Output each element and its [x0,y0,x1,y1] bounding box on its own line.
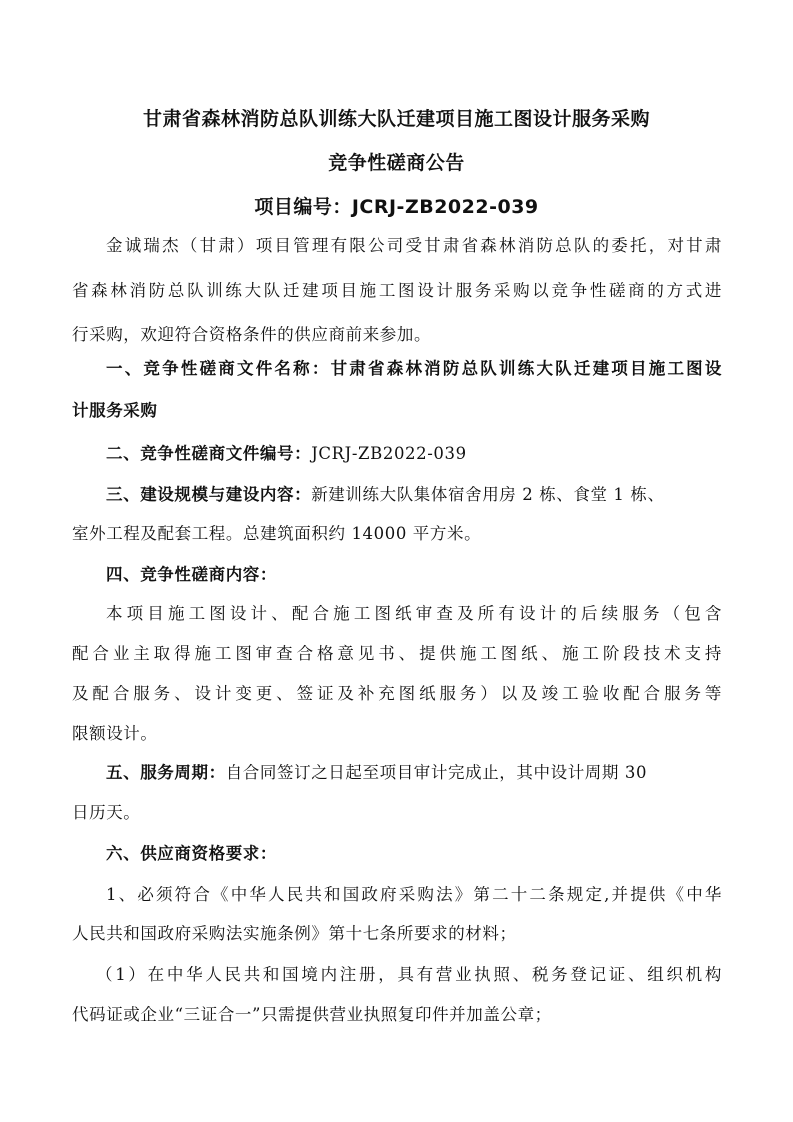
section-2-label: 二、竞争性磋商文件编号： [106,444,311,463]
intro-line: 金诚瑞杰（甘肃）项目管理有限公司受甘肃省森林消防总队的委托，对甘肃 [106,235,722,257]
section-6-item-line: 人民共和国政府采购法实施条例》第十七条所要求的材料； [72,923,722,945]
section-3-label: 三、建设规模与建设内容： [106,485,311,504]
section-1-heading: 一、竞争性磋商文件名称：甘肃省森林消防总队训练大队迁建项目施工图设 [106,358,722,380]
section-6-subitem-line: 代码证或企业“三证合一”只需提供营业执照复印件并加盖公章； [72,1004,722,1026]
section-6-item-line: 1、必须符合《中华人民共和国政府采购法》第二十二条规定,并提供《中华 [106,884,722,906]
intro-line: 省森林消防总队训练大队迁建项目施工图设计服务采购以竞争性磋商的方式进 [72,280,722,302]
section-4-heading: 四、竞争性磋商内容： [106,564,722,586]
section-5-label: 五、服务周期： [106,763,226,782]
section-3-value: 新建训练大队集体宿舍用房 2 栋、食堂 1 栋、 [311,485,664,504]
section-4-body-line: 本项目施工图设计、配合施工图纸审查及所有设计的后续服务（包含 [106,603,722,625]
intro-line: 行采购，欢迎符合资格条件的供应商前来参加。 [72,324,722,346]
section-3: 三、建设规模与建设内容：新建训练大队集体宿舍用房 2 栋、食堂 1 栋、 [106,484,722,506]
section-6-subitem-line: （1）在中华人民共和国境内注册，具有营业执照、税务登记证、组织机构 [96,964,722,986]
section-4-body-line: 配合业主取得施工图审查合格意见书、提供施工图纸、施工阶段技术支持 [72,643,722,665]
section-3-value-cont: 室外工程及配套工程。总建筑面积约 14000 平方米。 [72,523,722,545]
section-2: 二、竞争性磋商文件编号：JCRJ-ZB2022-039 [106,443,722,465]
section-5-value: 自合同签订之日起至项目审计完成止，其中设计周期 30 [226,763,647,782]
section-2-value: JCRJ-ZB2022-039 [311,444,467,463]
section-5: 五、服务周期：自合同签订之日起至项目审计完成止，其中设计周期 30 [106,762,722,784]
project-number: 项目编号：JCRJ-ZB2022-039 [0,192,793,219]
document-title: 甘肃省森林消防总队训练大队迁建项目施工图设计服务采购 [0,104,793,131]
section-4-body-line: 限额设计。 [72,723,722,745]
section-1-heading-cont: 计服务采购 [72,400,722,422]
document-subtitle: 竞争性磋商公告 [0,148,793,175]
document-page: 甘肃省森林消防总队训练大队迁建项目施工图设计服务采购 竞争性磋商公告 项目编号：… [0,0,793,1122]
section-6-heading: 六、供应商资格要求： [106,843,722,865]
section-4-body-line: 及配合服务、设计变更、签证及补充图纸服务）以及竣工验收配合服务等 [72,683,722,705]
section-5-value-cont: 日历天。 [72,802,722,824]
